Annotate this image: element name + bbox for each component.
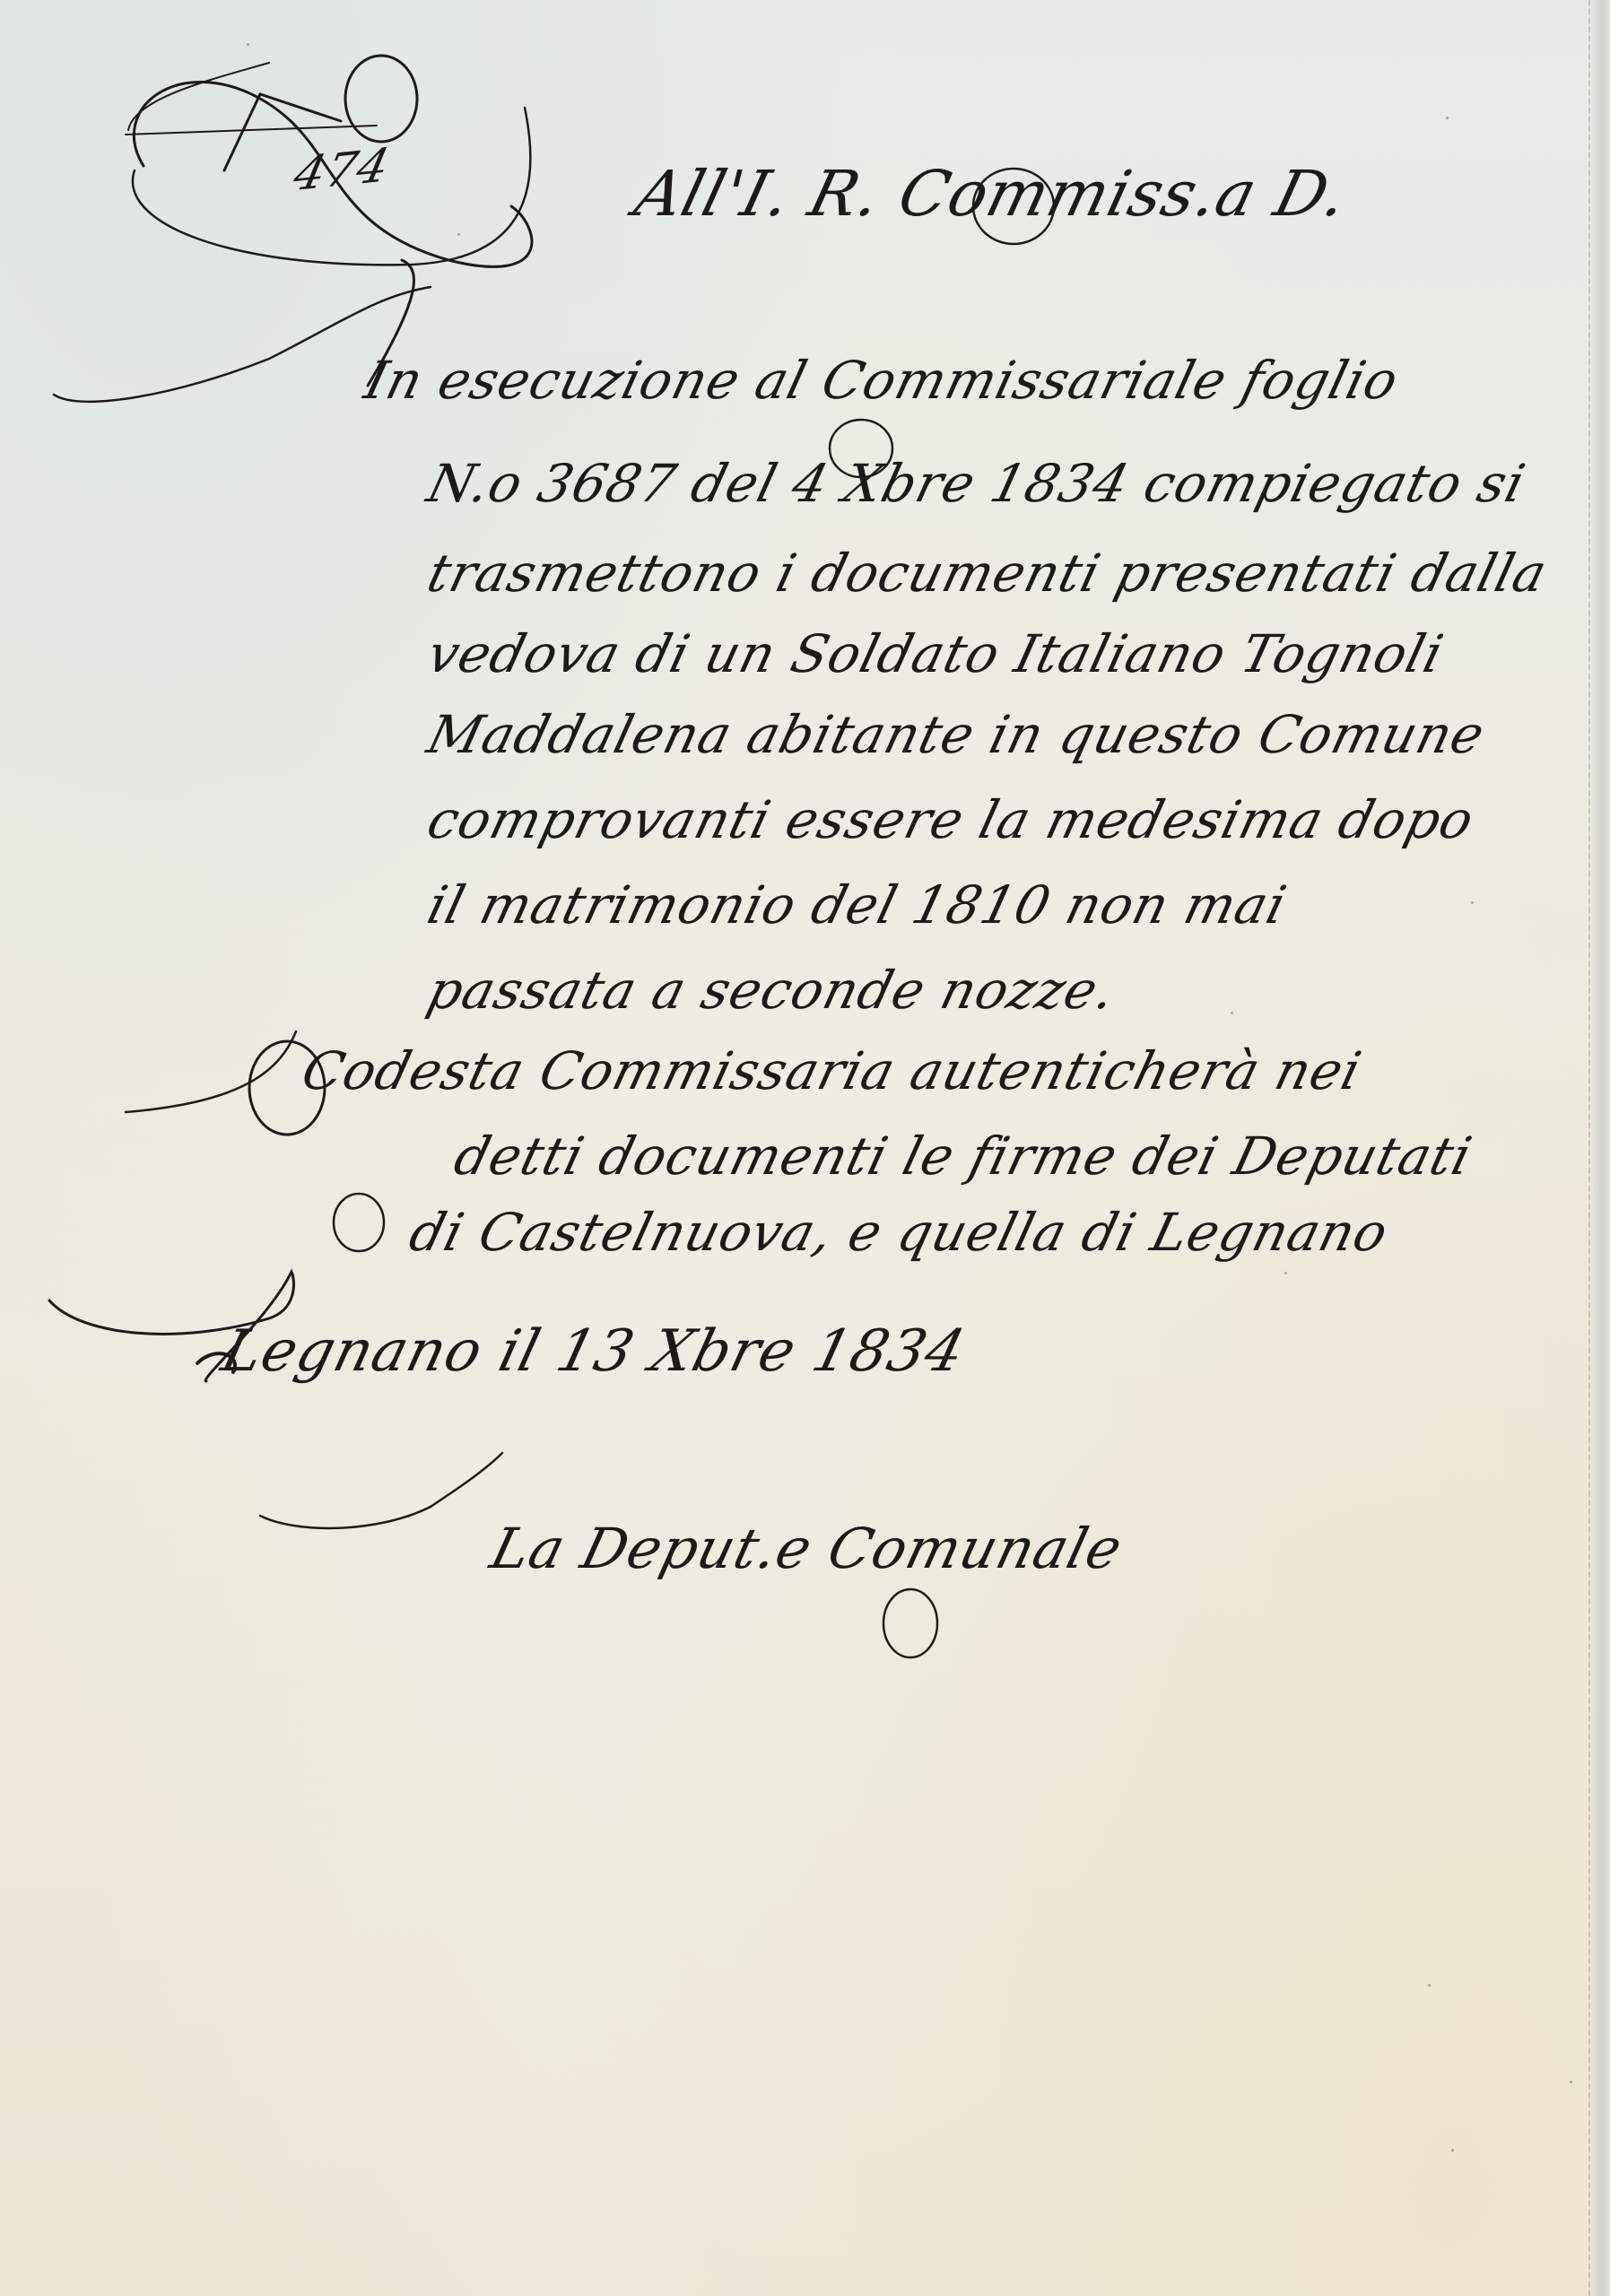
body-line: N.o 3687 del 4 Xbre 1834 compiegato si [422,453,1532,514]
body-line: vedova di un Soldato Italiano Tognoli [422,623,1450,684]
body-line: Maddalena abitante in questo Comune [422,704,1491,765]
body-line: trasmettono i documenti presentati dalla [422,543,1553,604]
body-line: di Castelnuova, e quella di Legnano [404,1202,1395,1263]
manuscript-page: 474 All'I. R. Commiss.a D. In esecuzione… [0,0,1610,2296]
body-line: comprovanti essere la medesima dopo [422,789,1481,850]
dateline: Legnano il 13 Xbre 1834 [215,1318,972,1385]
body-line: In esecuzione al Commissariale foglio [359,350,1405,411]
addressee-line: All'I. R. Commiss.a D. [628,157,1355,230]
body-line: il matrimonio del 1810 non mai [422,874,1293,935]
body-line: detti documenti le firme dei Deputati [448,1126,1478,1187]
signature: La Deput.e Comunale [484,1516,1129,1581]
body-line: passata a seconde nozze. [422,960,1122,1021]
protocol-number: 474 [289,139,395,202]
body-line: Codesta Commissaria autenticherà nei [296,1040,1368,1101]
